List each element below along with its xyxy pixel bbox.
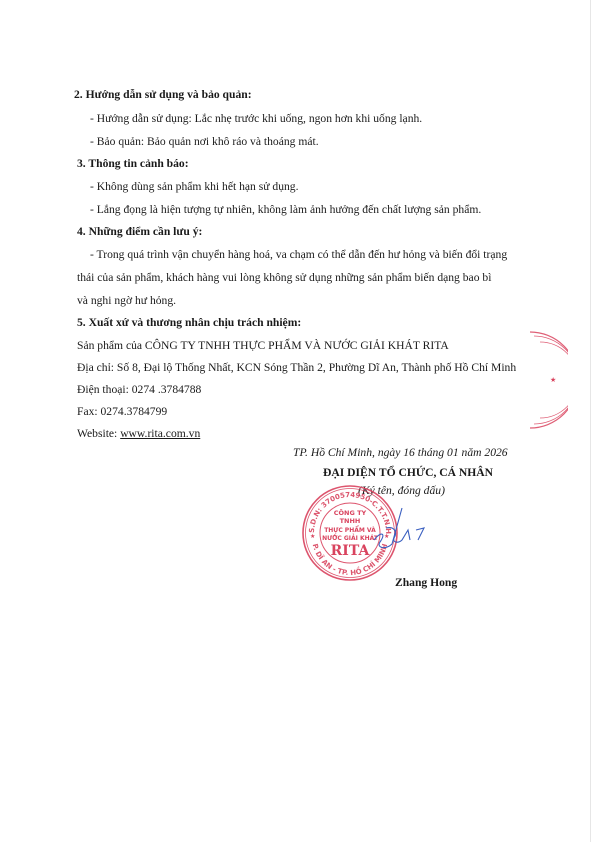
phone-line: Điện thoại: 0274 .3784788 <box>77 383 201 397</box>
website-label: Website: <box>77 427 120 440</box>
section-3-line: - Không dùng sản phẩm khi hết hạn sử dụn… <box>90 180 299 194</box>
section-4-line: thái của sản phẩm, khách hàng vui lòng k… <box>77 271 491 285</box>
place-date: TP. Hồ Chí Minh, ngày 16 tháng 01 năm 20… <box>293 446 508 460</box>
svg-text:TNHH: TNHH <box>340 517 361 525</box>
section-2-heading: 2. Hướng dẫn sử dụng và bảo quản: <box>74 88 252 102</box>
section-2-line: - Bảo quản: Bảo quản nơi khô ráo và thoá… <box>90 135 319 149</box>
section-5-heading: 5. Xuất xứ và thương nhân chịu trách nhi… <box>77 316 301 330</box>
website-link[interactable]: www.rita.com.vn <box>120 427 200 440</box>
section-4-line: - Trong quá trình vận chuyển hàng hoá, v… <box>90 248 507 262</box>
signature-title: ĐẠI DIỆN TỔ CHỨC, CÁ NHÂN <box>323 466 493 480</box>
svg-text:★: ★ <box>550 376 556 384</box>
address-line: Địa chỉ: Số 8, Đại lộ Thống Nhất, KCN Só… <box>77 361 516 375</box>
handwritten-signature <box>372 500 442 560</box>
fax-line: Fax: 0274.3784799 <box>77 405 167 419</box>
page-edge <box>590 0 591 842</box>
section-4-heading: 4. Những điểm cần lưu ý: <box>77 225 202 239</box>
svg-text:NƯỚC GIẢI KHÁT: NƯỚC GIẢI KHÁT <box>322 534 379 542</box>
svg-text:★: ★ <box>310 533 315 540</box>
website-line: Website: www.rita.com.vn <box>77 427 200 441</box>
partial-stamp-edge: ★ <box>528 330 568 430</box>
signatory-name: Zhang Hong <box>395 576 457 590</box>
section-4-line: và nghi ngờ hư hỏng. <box>77 294 176 308</box>
section-2-line: - Hướng dẫn sử dụng: Lắc nhẹ trước khi u… <box>90 112 422 126</box>
company-line: Sản phẩm của CÔNG TY TNHH THỰC PHẨM VÀ N… <box>77 339 449 353</box>
section-3-heading: 3. Thông tin cảnh báo: <box>77 157 189 171</box>
svg-text:CÔNG TY: CÔNG TY <box>334 508 367 517</box>
svg-text:THỰC PHẨM VÀ: THỰC PHẨM VÀ <box>324 526 376 534</box>
section-3-line: - Lắng đọng là hiện tượng tự nhiên, khôn… <box>90 203 481 217</box>
svg-text:RITA: RITA <box>331 543 371 559</box>
